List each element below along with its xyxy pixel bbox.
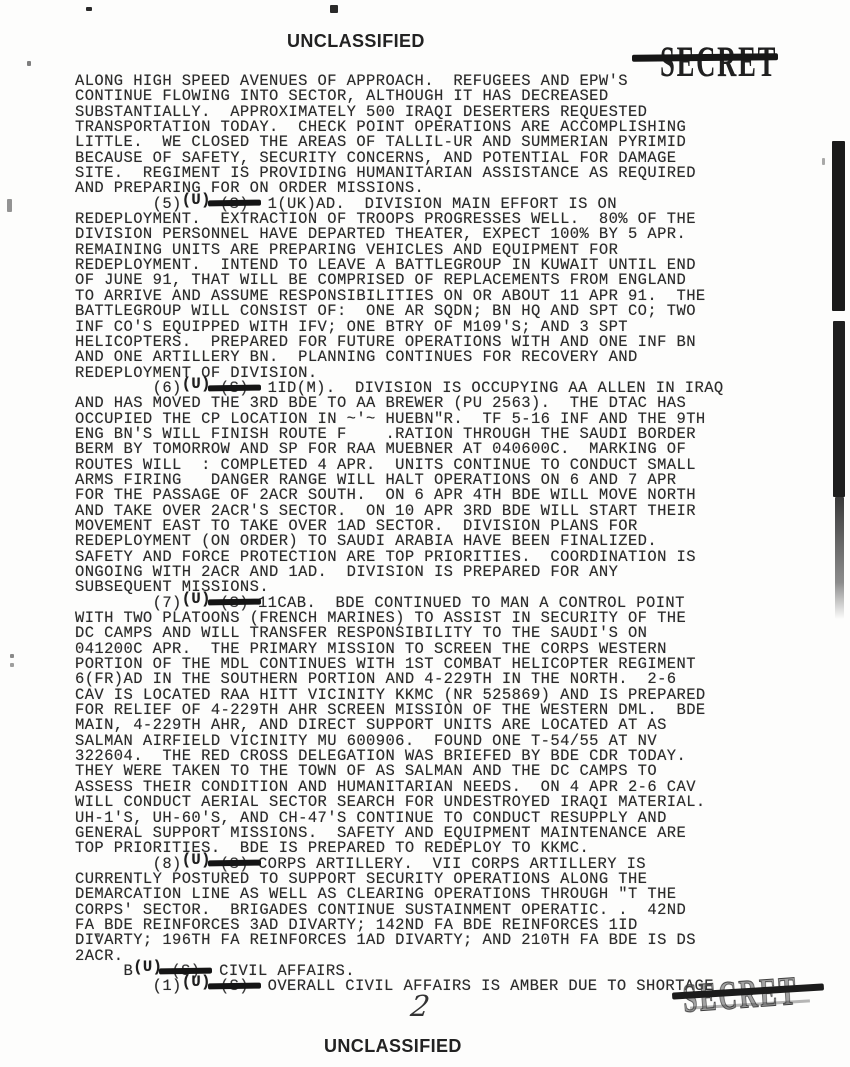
declass-u-marking: (U) — [182, 590, 211, 608]
declass-u-marking: (U) — [182, 851, 211, 869]
document-page: UNCLASSIFIED SECRET ALONG HIGH SPEED AVE… — [0, 0, 850, 1067]
scan-speck — [822, 158, 825, 165]
redacted-classification-marking: (S) — [211, 379, 258, 397]
document-body: ALONG HIGH SPEED AVENUES OF APPROACH. RE… — [75, 74, 724, 995]
redacted-classification-marking: (S) — [211, 855, 258, 873]
scan-speck — [86, 7, 92, 11]
line-text: OVERALL CIVIL AFFAIRS IS AMBER DUE TO SH… — [258, 977, 714, 995]
scan-speck — [330, 5, 338, 13]
document-line: (1)(U)(S) OVERALL CIVIL AFFAIRS IS AMBER… — [75, 979, 724, 994]
right-edge-scan-artifact — [835, 497, 844, 619]
document-line: DIVARTY; 196TH FA REINFORCES 1AD DIVARTY… — [75, 933, 724, 948]
declass-u-marking: (U) — [182, 375, 211, 393]
scan-speck — [96, 933, 100, 937]
redacted-classification-marking: (S) — [211, 977, 258, 995]
right-edge-scan-artifact — [832, 141, 845, 311]
scan-speck — [7, 199, 12, 212]
right-edge-scan-artifact — [833, 321, 845, 497]
header-classification-marking: UNCLASSIFIED — [287, 31, 425, 52]
declass-u-marking: (U) — [182, 191, 211, 209]
scan-speck — [10, 654, 14, 658]
redacted-classification-marking: (S) — [211, 195, 258, 213]
page-number: 2 — [409, 989, 432, 1023]
declass-u-marking: (U) — [182, 973, 211, 991]
footer-classification-marking: UNCLASSIFIED — [324, 1036, 462, 1057]
scan-speck — [27, 61, 31, 66]
redacted-classification-marking: (S) — [211, 594, 258, 612]
scan-speck — [10, 663, 14, 667]
declass-u-marking: (U) — [133, 958, 162, 976]
line-text: DIVARTY; 196TH FA REINFORCES 1AD DIVARTY… — [75, 931, 696, 949]
